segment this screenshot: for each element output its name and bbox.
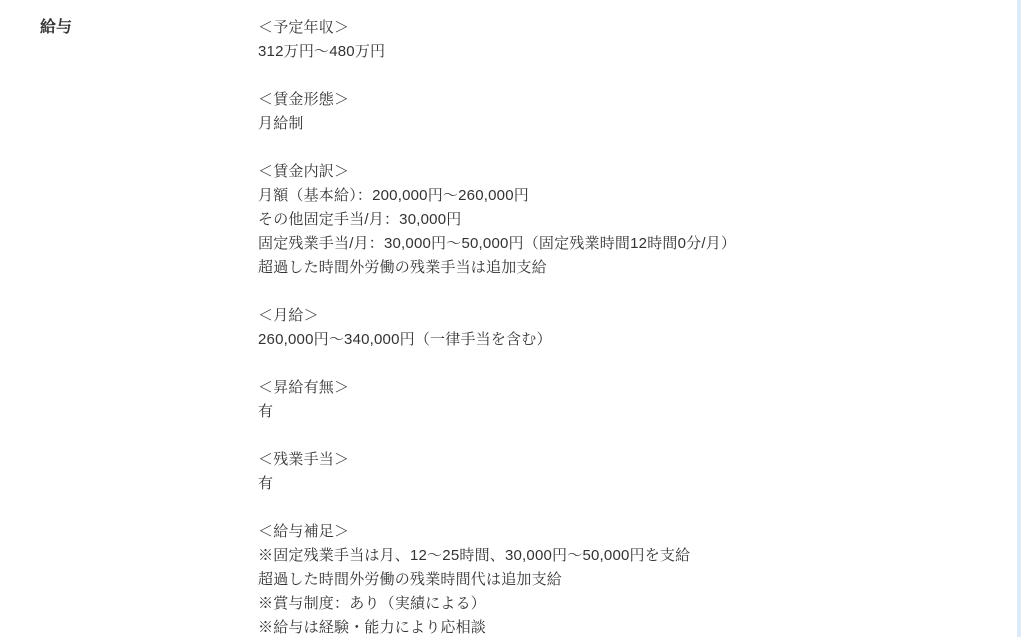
section-line: 有 (258, 472, 998, 496)
salary-section: ＜昇給有無＞有 (258, 376, 998, 424)
salary-row-content: ＜予定年収＞312万円〜480万円＜賃金形態＞月給制＜賃金内訳＞月額（基本給）：… (258, 16, 998, 637)
section-line: ※給与は経験・能力により応相談 (258, 616, 998, 637)
section-line: 超過した時間外労働の残業時間代は追加支給 (258, 568, 998, 592)
section-header: ＜月給＞ (258, 304, 998, 328)
section-line: 超過した時間外労働の残業手当は追加支給 (258, 256, 998, 280)
salary-section: ＜残業手当＞有 (258, 448, 998, 496)
section-line: その他固定手当/月：30,000円 (258, 208, 998, 232)
section-line: 月給制 (258, 112, 998, 136)
salary-detail-row: 給与 ＜予定年収＞312万円〜480万円＜賃金形態＞月給制＜賃金内訳＞月額（基本… (0, 0, 1017, 637)
salary-section: ＜賃金内訳＞月額（基本給）：200,000円〜260,000円その他固定手当/月… (258, 160, 998, 280)
section-line: ※賞与制度：あり（実績による） (258, 592, 998, 616)
section-line: 有 (258, 400, 998, 424)
salary-section: ＜給与補足＞※固定残業手当は月、12〜25時間、30,000円〜50,000円を… (258, 520, 998, 637)
section-header: ＜賃金内訳＞ (258, 160, 998, 184)
section-header: ＜残業手当＞ (258, 448, 998, 472)
right-edge-strip (1017, 0, 1021, 637)
section-line: 260,000円〜340,000円（一律手当を含む） (258, 328, 998, 352)
section-header: ＜予定年収＞ (258, 16, 998, 40)
section-line: 312万円〜480万円 (258, 40, 998, 64)
section-line: 固定残業手当/月：30,000円〜50,000円（固定残業時間12時間0分/月） (258, 232, 998, 256)
section-line: ※固定残業手当は月、12〜25時間、30,000円〜50,000円を支給 (258, 544, 998, 568)
section-header: ＜賃金形態＞ (258, 88, 998, 112)
section-header: ＜給与補足＞ (258, 520, 998, 544)
salary-section: ＜月給＞260,000円〜340,000円（一律手当を含む） (258, 304, 998, 352)
section-header: ＜昇給有無＞ (258, 376, 998, 400)
salary-section: ＜予定年収＞312万円〜480万円 (258, 16, 998, 64)
salary-row-label: 給与 (40, 16, 72, 40)
section-line: 月額（基本給）：200,000円〜260,000円 (258, 184, 998, 208)
salary-section: ＜賃金形態＞月給制 (258, 88, 998, 136)
